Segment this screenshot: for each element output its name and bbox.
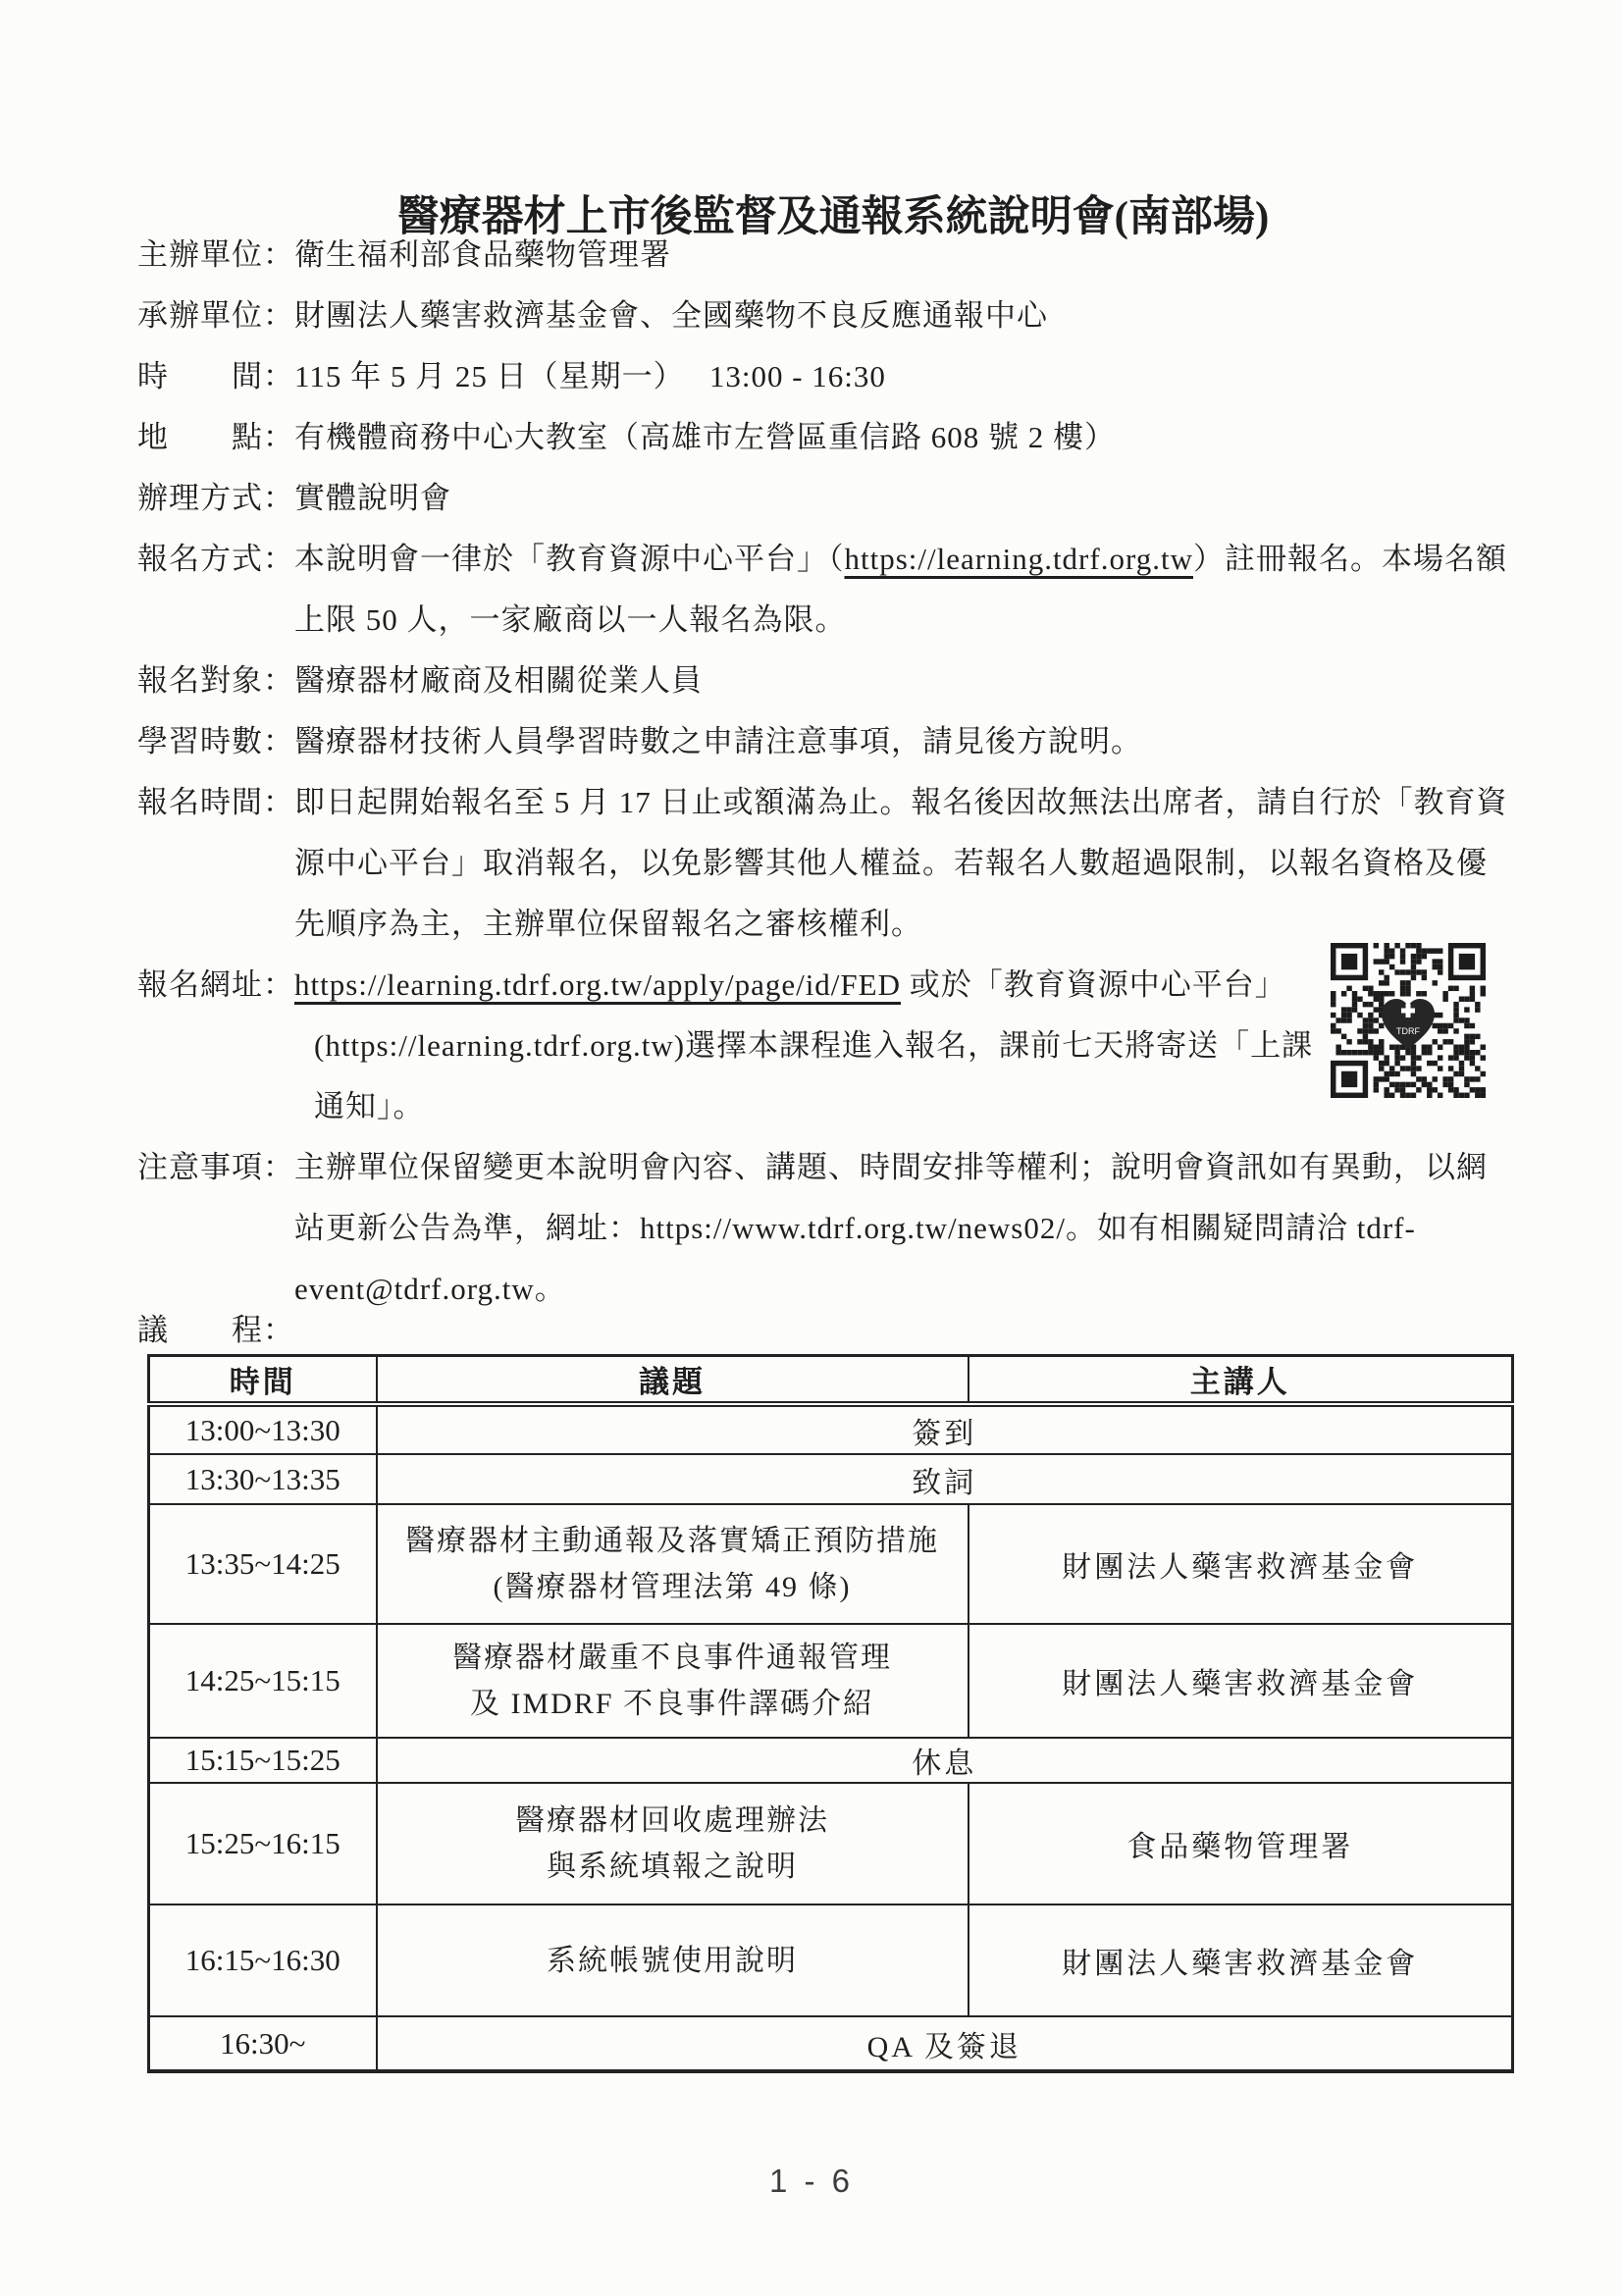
speaker-cell: 財團法人藥害救濟基金會 — [969, 1624, 1513, 1738]
field-text: 站更新公告為準，網址：https://www.tdrf.org.tw/news0… — [294, 1198, 1515, 1259]
topic-cell: 醫療器材主動通報及落實矯正預防措施 (醫療器材管理法第 49 條) — [377, 1504, 969, 1624]
url-text: https://learning.tdrf.org.tw — [845, 542, 1193, 576]
field-organizer: 主辦單位： 衛生福利部食品藥物管理署 — [137, 225, 1515, 286]
column-header-time: 時間 — [149, 1356, 377, 1405]
time-cell: 14:25~15:15 — [149, 1624, 377, 1738]
field-text: 衛生福利部食品藥物管理署 — [294, 225, 1515, 286]
agenda-row-break: 15:15~15:25 休息 — [149, 1738, 1513, 1783]
topic-line: 系統帳號使用說明 — [378, 1938, 968, 1984]
qr-code: TDRF — [1331, 943, 1486, 1098]
field-label: 辦理方式： — [137, 468, 294, 529]
topic-line: 及 IMDRF 不良事件譯碼介紹 — [378, 1681, 968, 1727]
field-text: 即日起開始報名至 5 月 17 日止或額滿為止。報名後因故無法出席者，請自行於「… — [294, 772, 1515, 833]
field-learning-hours: 學習時數： 醫療器材技術人員學習時數之申請注意事項，請見後方說明。 — [137, 711, 1515, 772]
text-segment: ）註冊報名。本場名額 — [1193, 542, 1507, 576]
field-text: 上限 50 人，一家廠商以一人報名為限。 — [294, 590, 1515, 651]
time-cell: 13:35~14:25 — [149, 1504, 377, 1624]
speaker-cell: 財團法人藥害救濟基金會 — [969, 1504, 1513, 1624]
text-segment: 或於「教育資源中心平台」 — [901, 967, 1286, 1002]
field-location: 地 點： 有機體商務中心大教室（高雄市左營區重信路 608 號 2 樓） — [137, 407, 1515, 468]
topic-line: (醫療器材管理法第 49 條) — [378, 1564, 968, 1610]
field-text: 115 年 5 月 25 日（星期一） 13:00 - 16:30 — [294, 346, 1515, 407]
time-cell: 13:30~13:35 — [149, 1454, 377, 1504]
info-fields: 主辦單位： 衛生福利部食品藥物管理署 承辦單位： 財團法人藥害救濟基金會、全國藥… — [137, 225, 1515, 1320]
topic-line: 醫療器材嚴重不良事件通報管理 — [378, 1635, 968, 1681]
field-time: 時 間： 115 年 5 月 25 日（星期一） 13:00 - 16:30 — [137, 346, 1515, 407]
field-notes: 注意事項： 主辦單位保留變更本說明會內容、講題、時間安排等權利；說明會資訊如有異… — [137, 1137, 1515, 1320]
field-label: 報名時間： — [137, 772, 294, 833]
topic-cell: 系統帳號使用說明 — [377, 1905, 969, 2016]
topic-cell: 致詞 — [377, 1454, 1513, 1504]
topic-cell: 醫療器材嚴重不良事件通報管理 及 IMDRF 不良事件譯碼介紹 — [377, 1624, 969, 1738]
field-registration-method: 報名方式： 本說明會一律於「教育資源中心平台」（https://learning… — [137, 529, 1515, 651]
field-text: 主辦單位保留變更本說明會內容、講題、時間安排等權利；說明會資訊如有異動，以網 — [294, 1137, 1515, 1198]
agenda-header-row: 時間 議題 主講人 — [149, 1356, 1513, 1405]
field-label: 時 間： — [137, 346, 294, 407]
field-label: 報名方式： — [137, 529, 294, 590]
field-text: 醫療器材技術人員學習時數之申請注意事項，請見後方說明。 — [294, 711, 1515, 772]
field-text: 有機體商務中心大教室（高雄市左營區重信路 608 號 2 樓） — [294, 407, 1515, 468]
field-label: 主辦單位： — [137, 225, 294, 286]
field-text: 財團法人藥害救濟基金會、全國藥物不良反應通報中心 — [294, 286, 1515, 346]
agenda-row-opening: 13:30~13:35 致詞 — [149, 1454, 1513, 1504]
field-text: 醫療器材廠商及相關從業人員 — [294, 651, 1515, 711]
agenda-row-qa: 16:30~ QA 及簽退 — [149, 2016, 1513, 2071]
time-cell: 16:30~ — [149, 2016, 377, 2071]
field-text: 本說明會一律於「教育資源中心平台」（https://learning.tdrf.… — [294, 529, 1515, 590]
svg-text:TDRF: TDRF — [1396, 1026, 1420, 1036]
topic-line: 醫療器材主動通報及落實矯正預防措施 — [378, 1518, 968, 1564]
text-segment: 本說明會一律於「教育資源中心平台」（ — [294, 542, 845, 576]
field-audience: 報名對象： 醫療器材廠商及相關從業人員 — [137, 651, 1515, 711]
qr-code-svg: TDRF — [1331, 943, 1486, 1098]
field-registration-url: 報名網址： https://learning.tdrf.org.tw/apply… — [137, 955, 1515, 1137]
page-number: 1 - 6 — [0, 2163, 1623, 2200]
speaker-cell: 食品藥物管理署 — [969, 1783, 1513, 1905]
agenda-label: 議 程： — [137, 1305, 294, 1349]
field-registration-period: 報名時間： 即日起開始報名至 5 月 17 日止或額滿為止。報名後因故無法出席者… — [137, 772, 1515, 955]
field-text: event@tdrf.org.tw。 — [294, 1259, 1515, 1320]
time-cell: 16:15~16:30 — [149, 1905, 377, 2016]
url-text: https://learning.tdrf.org.tw/apply/page/… — [294, 967, 901, 1002]
field-label: 承辦單位： — [137, 286, 294, 346]
agenda-row-session2: 14:25~15:15 醫療器材嚴重不良事件通報管理 及 IMDRF 不良事件譯… — [149, 1624, 1513, 1738]
time-cell: 13:00~13:30 — [149, 1404, 377, 1454]
time-cell: 15:15~15:25 — [149, 1738, 377, 1783]
field-coorganizer: 承辦單位： 財團法人藥害救濟基金會、全國藥物不良反應通報中心 — [137, 286, 1515, 346]
column-header-speaker: 主講人 — [969, 1356, 1513, 1405]
field-label: 地 點： — [137, 407, 294, 468]
time-cell: 15:25~16:15 — [149, 1783, 377, 1905]
topic-cell: 休息 — [377, 1738, 1513, 1783]
column-header-topic: 議題 — [377, 1356, 969, 1405]
field-format: 辦理方式： 實體說明會 — [137, 468, 1515, 529]
agenda-row-session1: 13:35~14:25 醫療器材主動通報及落實矯正預防措施 (醫療器材管理法第 … — [149, 1504, 1513, 1624]
topic-cell: 醫療器材回收處理辦法 與系統填報之說明 — [377, 1783, 969, 1905]
field-label: 報名對象： — [137, 651, 294, 711]
topic-cell: QA 及簽退 — [377, 2016, 1513, 2071]
field-label: 學習時數： — [137, 711, 294, 772]
scanned-document-page: 醫療器材上市後監督及通報系統說明會(南部場) 主辦單位： 衛生福利部食品藥物管理… — [0, 0, 1623, 2296]
topic-line: 與系統填報之說明 — [378, 1844, 968, 1890]
field-text: 源中心平台」取消報名，以免影響其他人權益。若報名人數超過限制，以報名資格及優 — [294, 833, 1515, 894]
speaker-cell: 財團法人藥害救濟基金會 — [969, 1905, 1513, 2016]
topic-line: 醫療器材回收處理辦法 — [378, 1798, 968, 1844]
agenda-row-signin: 13:00~13:30 簽到 — [149, 1404, 1513, 1454]
agenda-row-session3: 15:25~16:15 醫療器材回收處理辦法 與系統填報之說明 食品藥物管理署 — [149, 1783, 1513, 1905]
field-label: 報名網址： — [137, 955, 294, 1016]
topic-cell: 簽到 — [377, 1404, 1513, 1454]
agenda-row-session4: 16:15~16:30 系統帳號使用說明 財團法人藥害救濟基金會 — [149, 1905, 1513, 2016]
agenda-table: 時間 議題 主講人 13:00~13:30 簽到 13:30~13:35 致詞 … — [147, 1354, 1514, 2073]
field-label: 注意事項： — [137, 1137, 294, 1198]
field-text: 實體說明會 — [294, 468, 1515, 529]
